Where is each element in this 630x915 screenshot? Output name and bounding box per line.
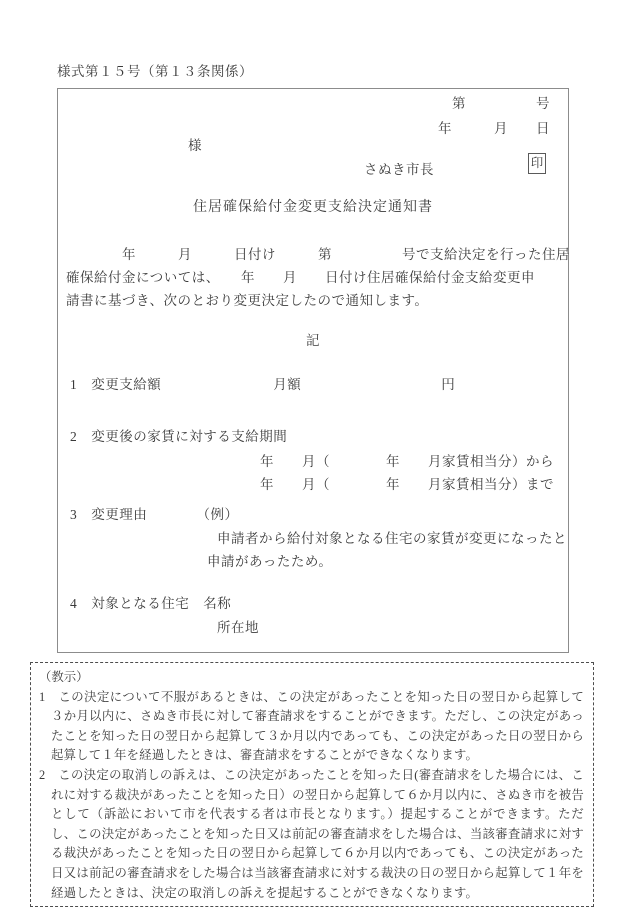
record-heading: 記 [58,332,568,350]
item-4-target-housing-name: 4 対象となる住宅 名称 [70,595,231,613]
item-2-period-to-blank: 年 月（ 年 月家賃相当分）まで [260,476,554,494]
document-title: 住居確保給付金変更支給決定通知書 [58,199,568,217]
body-paragraph-line-3: 請書に基づき、次のとおり変更決定したので通知します。 [66,292,428,310]
document-number-blank: 第 号 [452,95,550,113]
item-3-reason-example-line-2: 申請があったため。 [207,553,332,571]
item-3-reason-example-line-1: 申請者から給付対象となる住宅の家賃が変更になったと [217,530,567,548]
body-paragraph-line-2: 確保給付金については、 年 月 日付け住居確保給付金支給変更申 [66,269,535,287]
appeal-instructions-box: （教示） 1 この決定について不服があるときは、この決定があったことを知った日の… [30,662,594,907]
addressee-suffix: 様 [188,137,202,155]
issuer-name: さぬき市長 [364,161,434,179]
notice-body-box: 第 号 年 月 日 様 さぬき市長 印 住居確保給付金変更支給決定通知書 年 月… [57,88,569,653]
appeal-instructions-paragraph-2: 2 この決定の取消しの訴えは、この決定があったことを知った日(審査請求をした場合… [39,766,584,903]
appeal-instructions-paragraph-1: 1 この決定について不服があるときは、この決定があったことを知った日の翌日から起… [39,688,584,766]
appeal-instructions-heading: （教示） [39,668,584,688]
form-number-label: 様式第１５号（第１３条関係） [57,63,253,81]
item-4-target-housing-location: 所在地 [217,619,259,637]
seal-stamp-icon: 印 [528,153,546,174]
item-3-change-reason: 3 変更理由 （例） [70,506,239,524]
issue-date-blank: 年 月 日 [438,120,550,138]
item-2-period-from-blank: 年 月（ 年 月家賃相当分）から [260,453,554,471]
document-page: 様式第１５号（第１３条関係） 第 号 年 月 日 様 さぬき市長 印 住居確保給… [0,0,630,915]
item-2-payment-period-heading: 2 変更後の家賃に対する支給期間 [70,428,287,446]
item-1-changed-amount: 1 変更支給額 月額 円 [70,376,455,394]
body-paragraph-line-1: 年 月 日付け 第 号で支給決定を行った住居 [66,246,570,264]
